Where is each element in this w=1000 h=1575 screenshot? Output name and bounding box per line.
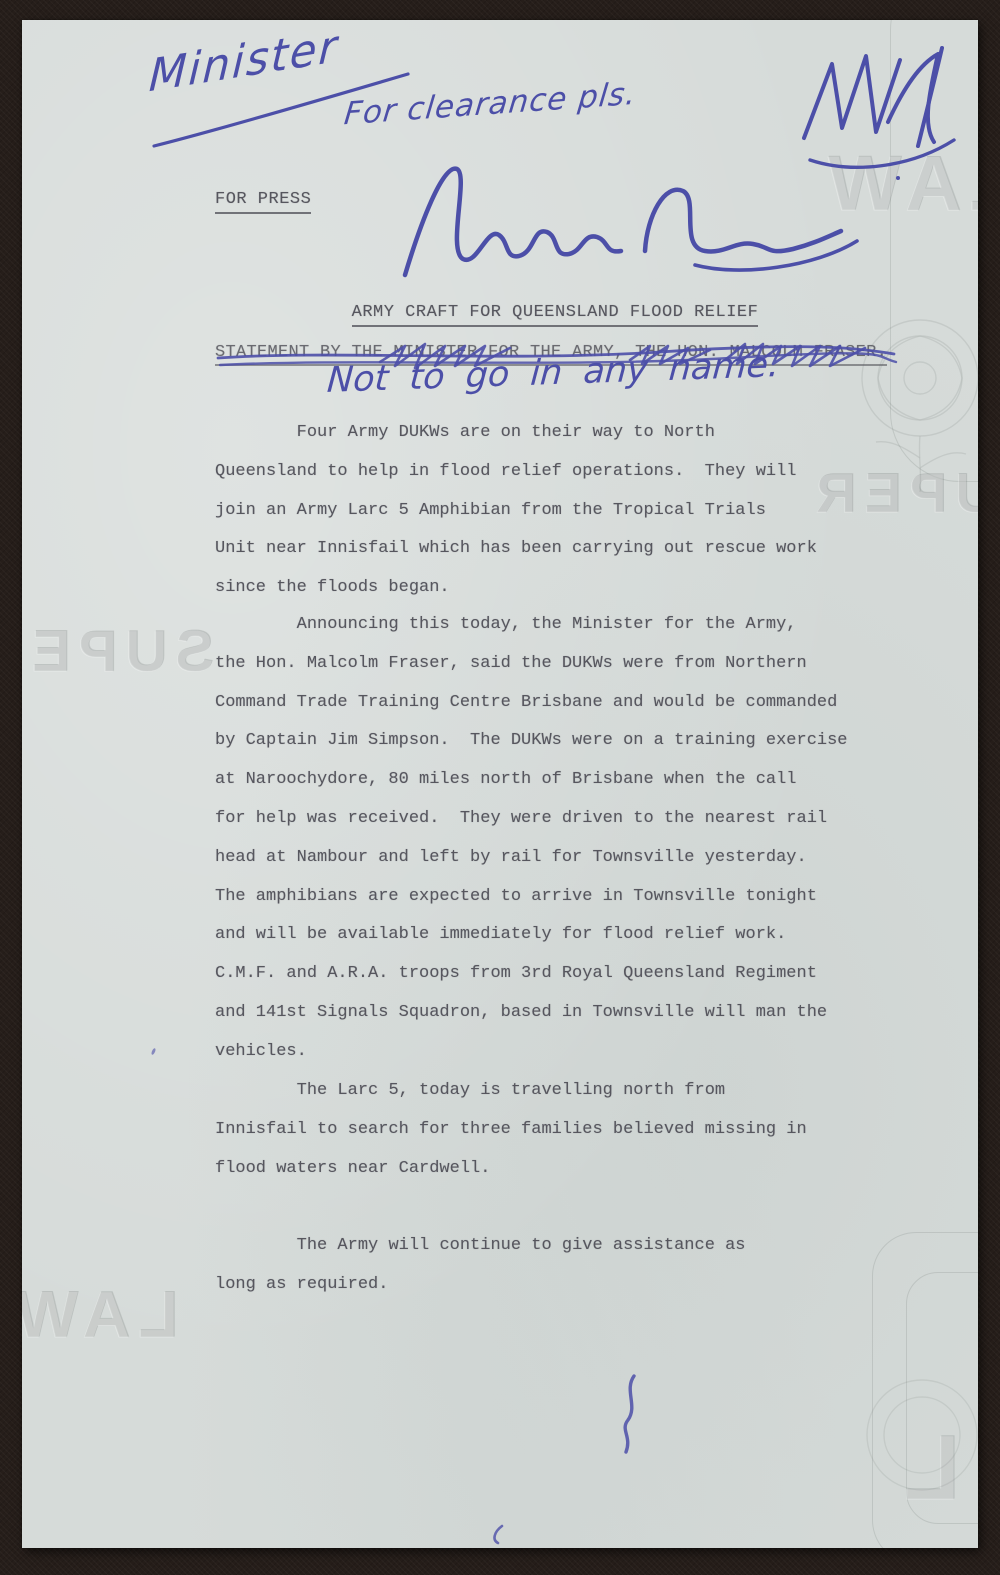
stray-ink-squiggle [614, 1372, 648, 1456]
press-release-page: LAW SUPE SUPER LAW L Minister For cleara… [22, 20, 978, 1548]
for-press-label: FOR PRESS [215, 190, 311, 214]
stray-ink-tick [488, 1522, 508, 1546]
ghost-impression-circle-emblem [812, 1340, 978, 1548]
document-title-text: ARMY CRAFT FOR QUEENSLAND FLOOD RELIEF [352, 303, 759, 327]
body-paragraph-4: The Army will continue to give assistanc… [215, 1227, 915, 1305]
body-paragraph-1: Four Army DUKWs are on their way to Nort… [215, 414, 915, 608]
ghost-impression-text: LAW [22, 1276, 179, 1352]
photo-mount-background: LAW SUPE SUPER LAW L Minister For cleara… [0, 0, 1000, 1575]
ink-speck [151, 1048, 157, 1056]
malcolm-fraser-signature [395, 155, 865, 295]
ink-dot [896, 176, 900, 180]
document-title: ARMY CRAFT FOR QUEENSLAND FLOOD RELIEF [215, 303, 895, 322]
body-paragraph-3: The Larc 5, today is travelling north fr… [215, 1072, 915, 1188]
body-paragraph-2: Announcing this today, the Minister for … [215, 606, 915, 1072]
ghost-impression-text: SUPE [24, 618, 214, 685]
